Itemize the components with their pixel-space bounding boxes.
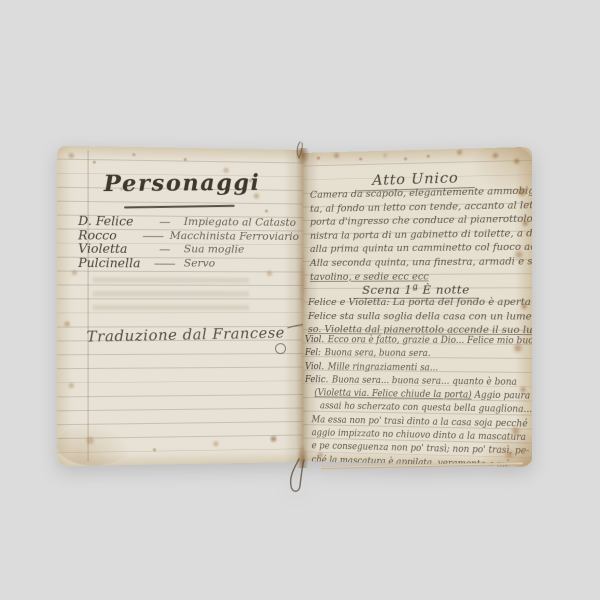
right-page: Atto Unico Camera da scapolo, eleganteme… (303, 147, 532, 467)
character-name: Pulcinella (78, 257, 145, 271)
dialogue-text: Aggio paura che (475, 391, 533, 403)
ink-spot (269, 434, 278, 443)
scene-direction-line: Felice sta sulla soglia della casa con u… (308, 310, 530, 324)
stage-directions: Camera da scapolo, elegantemente ammobig… (310, 184, 530, 284)
binding-thread-icon (285, 458, 309, 496)
manuscript-notebook: Personaggi D. Felice — Impiegato al Cata… (63, 150, 527, 466)
character-role: Macchinista Ferroviario (170, 229, 299, 244)
stage-note-inline: (Violetta via. Felice chiude la porta) (314, 388, 471, 401)
dash-separator: — (145, 243, 184, 257)
speaker-label: Fel: (305, 348, 321, 358)
dialogue-text: Ecco ora è fatto, grazie a Dio... Felice… (328, 335, 532, 347)
character-name: Violetta (78, 243, 145, 257)
margin-rule (88, 150, 89, 461)
character-list-header: Personaggi (95, 170, 270, 198)
left-page: Personaggi D. Felice — Impiegato al Cata… (57, 146, 303, 467)
character-list: D. Felice — Impiegato al Catasto Rocco —… (78, 215, 299, 272)
character-role: Servo (184, 257, 299, 271)
character-name: D. Felice (78, 215, 145, 230)
ink-bleedthrough (93, 277, 249, 316)
scene-directions: Felice e Violetta: La porta del fondo è … (308, 296, 530, 338)
dialogue-text: Mille ringraziamenti sa... (328, 362, 438, 373)
page-title: Personaggi (103, 170, 260, 197)
foxing-specks (57, 146, 60, 149)
scene-direction-line: Felice e Violetta: La porta del fondo è … (308, 296, 530, 310)
speaker-label: Viol. (305, 335, 324, 345)
dialogue-text: Buona sera, buona sera. (325, 348, 431, 359)
speaker-label: Viol. (305, 362, 324, 372)
ink-ring-mark (275, 343, 286, 354)
dash-separator: — (145, 215, 184, 229)
stage-direction-line: Alla seconda quinta, una finestra, armad… (310, 255, 530, 271)
character-role: Impiegato al Catasto (184, 216, 299, 231)
dialogue-text: assai ho scherzato con questa bella guag… (320, 402, 532, 416)
dash-separator: —— (145, 257, 184, 271)
character-row: Pulcinella —— Servo (78, 257, 299, 272)
corner-stain (57, 422, 132, 466)
translation-note-text: Traduzione dal Francese (86, 325, 285, 345)
page-stack-edge (321, 462, 523, 470)
speaker-label: Felic. (305, 375, 328, 385)
binding-thread-top-icon (291, 141, 307, 159)
dialogue-text: Buona sera... buona sera... quanto è bon… (332, 375, 517, 388)
character-role: Sua moglie (184, 243, 299, 257)
dialogue-block: Viol.Ecco ora è fatto, grazie a Dio... F… (305, 334, 532, 467)
dash-separator: —— (136, 229, 170, 243)
photograph-background: Personaggi D. Felice — Impiegato al Cata… (0, 0, 600, 600)
pen-flourish-icon (286, 320, 303, 345)
translation-note: Traduzione dal Francese (86, 320, 303, 350)
title-underline (124, 205, 235, 209)
